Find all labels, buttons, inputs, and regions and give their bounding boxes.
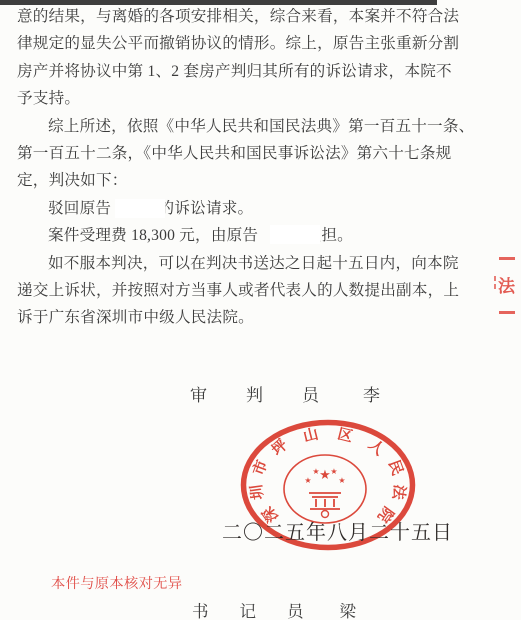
emblem-gate bbox=[309, 493, 341, 509]
verification-note: 本件与原本核对无异 bbox=[51, 573, 182, 593]
judgment-line-4: 予支持。 bbox=[17, 85, 495, 112]
clerk-title-char: 员 bbox=[287, 598, 304, 620]
clerk-signature-row: 书记员梁 bbox=[192, 598, 356, 620]
redaction-box-plaintiff-name bbox=[115, 199, 165, 218]
redaction-box-fee-bearer-name bbox=[270, 225, 320, 244]
judgment-line-12: 诉于广东省深圳市中级人民法院。 bbox=[17, 304, 495, 331]
judge-title-char: 判 bbox=[246, 381, 263, 406]
edge-stamp-char: 法 bbox=[498, 272, 515, 297]
judge-name: 李 bbox=[363, 381, 380, 406]
svg-text:★: ★ bbox=[330, 467, 337, 476]
edge-stamp-bottom-bar bbox=[499, 311, 515, 314]
svg-text:★: ★ bbox=[319, 468, 331, 483]
judgment-line-2: 律规定的显失公平而撤销协议的情形。综上，原告主张重新分割 bbox=[17, 30, 495, 57]
clerk-title-char: 书 bbox=[192, 598, 209, 620]
judgment-body: 意的结果，与离婚的各项安排相关，综合来看，本案并不符合法律规定的显失公平而撤销协… bbox=[17, 3, 495, 332]
seal-char: 圳 bbox=[249, 483, 267, 501]
judgment-date: 二〇二五年八月二十五日 bbox=[222, 516, 453, 545]
judgment-line-5: 综上所述，依照《中华人民共和国民法典》第一百五十一条、 bbox=[17, 113, 495, 140]
edge-stamp-partial-mark bbox=[494, 276, 496, 281]
judgment-line-7: 定，判决如下： bbox=[17, 167, 495, 194]
judgment-line-11: 递交上诉状，并按照对方当事人或者代表人的人数提出副本，上 bbox=[17, 277, 495, 304]
edge-stamp-top-bar bbox=[499, 257, 515, 260]
edge-stamp-partial-mark bbox=[494, 284, 496, 289]
clerk-name: 梁 bbox=[340, 598, 357, 620]
judgment-line-9: 案件受理费 18,300 元，由原告 负担。 bbox=[17, 222, 495, 249]
judge-title-char: 审 bbox=[190, 381, 207, 406]
clerk-title-char: 记 bbox=[240, 598, 257, 620]
svg-text:★: ★ bbox=[304, 476, 311, 485]
court-judgment-page: 意的结果，与离婚的各项安排相关，综合来看，本案并不符合法律规定的显失公平而撤销协… bbox=[0, 0, 521, 620]
emblem-stars: ★ ★ ★ ★ ★ bbox=[304, 467, 345, 485]
judgment-line-1: 意的结果，与离婚的各项安排相关，综合来看，本案并不符合法 bbox=[17, 3, 495, 30]
edge-stamp-fragment: 法 bbox=[493, 254, 521, 318]
judgment-line-3: 房产并将协议中第 1、2 套房产判归其所有的诉讼请求，本院不 bbox=[17, 58, 495, 85]
judgment-line-10: 如不服本判决，可以在判决书送达之日起十五日内，向本院 bbox=[17, 250, 495, 277]
judge-title-char: 员 bbox=[302, 381, 319, 406]
judge-signature-row: 审判员李 bbox=[190, 381, 380, 406]
judgment-line-8: 驳回原告 的诉讼请求。 bbox=[17, 195, 495, 222]
svg-text:★: ★ bbox=[312, 467, 319, 476]
judgment-line-6: 第一百五十二条，《中华人民共和国民事诉讼法》第六十七条规 bbox=[17, 140, 495, 167]
svg-text:★: ★ bbox=[338, 476, 345, 485]
emblem-ring bbox=[284, 455, 366, 523]
seal-char: 法 bbox=[389, 483, 407, 501]
